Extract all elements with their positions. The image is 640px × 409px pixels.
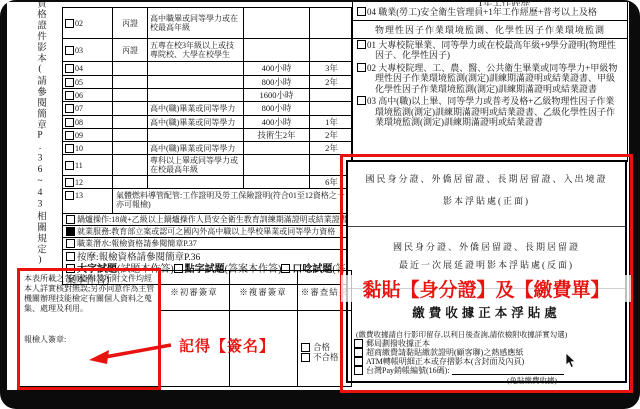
cert-type: 丙證 — [113, 8, 148, 38]
qualification-desc: 專科以上畢或同等學力或在校最高年級 — [148, 155, 244, 175]
qualification-desc: 高中(職)畢業或同等學力 — [148, 102, 244, 115]
col-first-review: ※初審簽章 — [159, 286, 229, 298]
table-row: 11 專科以上畢或同等學力或在校最高年級 — [63, 155, 351, 176]
qualification-desc: 高中(職)畢業或同等學力 — [148, 116, 244, 128]
checkbox-12[interactable] — [65, 178, 74, 187]
paste-highlight-box — [340, 154, 633, 393]
mouse-cursor — [565, 352, 577, 369]
hours-cell — [244, 155, 310, 175]
table-row: 02 丙證 高中職畢或同等學力或在校最高年級 — [63, 8, 351, 39]
checkbox-13[interactable] — [65, 191, 74, 200]
table-row: 09 技術生2年 2年 — [63, 129, 351, 142]
checkbox-06[interactable] — [65, 91, 74, 100]
section-header: 物理性因子作業環境監測、化學性因子作業環境監測 — [353, 21, 627, 39]
sign-reminder-annotation: 記得【簽名】 — [179, 335, 275, 356]
table-row: 08 高中(職)畢業或同等學力 400小時 1年 — [63, 116, 351, 129]
qualification-desc: 五專在校3年級以上或技專院校、大學在校學生 — [148, 39, 244, 61]
extra-row-boiler: 鍋爐操作:18歲+乙級以上鍋爐操作人員安全衛生教育訓練期滿證明或結業證書 — [63, 214, 351, 226]
years-cell: 2年 — [310, 129, 353, 141]
table-row: 12 6年 — [63, 176, 351, 189]
hours-cell — [244, 142, 310, 154]
checkbox-employment-checked[interactable] — [66, 227, 75, 236]
years-cell: 2年 — [310, 76, 353, 88]
checkbox-10[interactable] — [65, 144, 74, 153]
years-cell — [310, 8, 353, 38]
checkbox-r01[interactable] — [357, 40, 366, 49]
hours-cell — [244, 8, 310, 38]
hours-cell: 800小時 — [244, 102, 310, 115]
checkbox-02[interactable] — [65, 19, 74, 28]
table-row: 07 高中(職)畢業或同等學力 800小時 — [63, 102, 351, 116]
table-row: 05 800小時 2年 — [63, 76, 351, 89]
checkbox-09[interactable] — [65, 131, 74, 140]
sign-reminder-arrow — [87, 337, 177, 367]
checkbox-diving[interactable] — [66, 239, 75, 248]
review-header-line — [159, 310, 352, 311]
checkbox-fail[interactable] — [301, 353, 310, 362]
extra-row-employment: 就業服務:教育部立案或認可之國內外高中職以上學校畢業或同等學力資格 — [63, 226, 351, 238]
years-cell — [310, 102, 353, 115]
hours-cell — [244, 39, 310, 61]
checkbox-massage[interactable] — [66, 252, 75, 261]
table-row: 04 400小時 3年 — [63, 62, 351, 76]
checkbox-03[interactable] — [65, 46, 74, 55]
table-row: 06 1600小時 — [63, 89, 351, 102]
checkbox-boiler[interactable] — [66, 215, 75, 224]
checkbox-07[interactable] — [65, 104, 74, 113]
table-row: 10 高中(職)畢業或同等學力 2年 — [63, 142, 351, 155]
hours-cell: 800小時 — [244, 76, 310, 88]
right-item-04: 04 職業(勞工)安全衛生管理員+1年工作經歷+普考以上及格 — [353, 6, 627, 21]
right-eligibility-list: 1年工作經歷 04 職業(勞工)安全衛生管理員+1年工作經歷+普考以上及格 物理… — [352, 2, 628, 162]
checkbox-08[interactable] — [65, 118, 74, 127]
qualification-desc: 高中(職)畢業或同等學力 — [148, 142, 244, 154]
checkbox-04[interactable] — [65, 64, 74, 73]
years-cell: 1年 — [310, 116, 353, 128]
sign-highlight-box — [17, 268, 161, 390]
checkbox-11[interactable] — [65, 161, 74, 170]
table-row-13: 13 氣體燃料導管配管:工作證明及勞工保險證明(符合01至12資格之一亦可報檢) — [63, 189, 351, 214]
hours-cell — [244, 176, 310, 188]
hours-cell: 400小時 — [244, 62, 310, 75]
row13-text: 氣體燃料導管配管:工作證明及勞工保險證明(符合01至12資格之一亦可報檢) — [113, 189, 351, 213]
checkbox-05[interactable] — [65, 78, 74, 87]
extra-row-diving: 職業潛水:報檢資格請參閱簡章P.37 — [63, 238, 351, 250]
checkbox-pass[interactable] — [301, 343, 310, 352]
sidebar-vertical-label: 資格證件影本(請參閱簡章P.36~43相關規定) — [33, 0, 47, 288]
screenshot-frame: 資格證件影本(請參閱簡章P.36~43相關規定) 02 丙證 高中職畢或同等學力… — [0, 0, 640, 409]
years-cell — [310, 39, 353, 61]
right-item-01: 01 大專校院畢業、同等學力或在校最高年級+9學分證明(物理性因子、化學性因子) — [353, 39, 627, 62]
years-cell — [310, 89, 353, 101]
years-cell: 3年 — [310, 62, 353, 75]
col-second-review: ※複審簽章 — [229, 286, 297, 298]
checkbox-r03[interactable] — [357, 96, 366, 105]
years-cell: 2年 — [310, 142, 353, 154]
hours-cell: 1600小時 — [244, 89, 310, 101]
right-item-02: 02 大專校院理、工、農、醫、公共衛生畢業或同等學力+甲級物理性因子作業環境監測… — [353, 62, 627, 96]
form-page: 資格證件影本(請參閱簡章P.36~43相關規定) 02 丙證 高中職畢或同等學力… — [7, 2, 629, 390]
checkbox-r02[interactable] — [357, 63, 366, 72]
hours-cell: 技術生2年 — [244, 129, 310, 141]
cert-type: 丙證 — [113, 39, 148, 61]
paste-reminder-annotation: 黏貼【身分證】及【繳費單】 — [341, 275, 631, 302]
table-row: 03 丙證 五專在校3年級以上或技專院校、大學在校學生 — [63, 39, 351, 62]
hours-cell: 400小時 — [244, 116, 310, 128]
checkbox-r04[interactable] — [357, 7, 366, 16]
qualification-desc: 高中職畢或同等學力或在校最高年級 — [148, 8, 244, 38]
right-item-03: 03 高中(職)以上畢、同等學力或普考及格+乙級物理性因子作業環境監測(測定)訓… — [353, 95, 627, 129]
eligibility-table: 02 丙證 高中職畢或同等學力或在校最高年級 03 丙證 五專在校3年級以上或技… — [62, 7, 352, 285]
